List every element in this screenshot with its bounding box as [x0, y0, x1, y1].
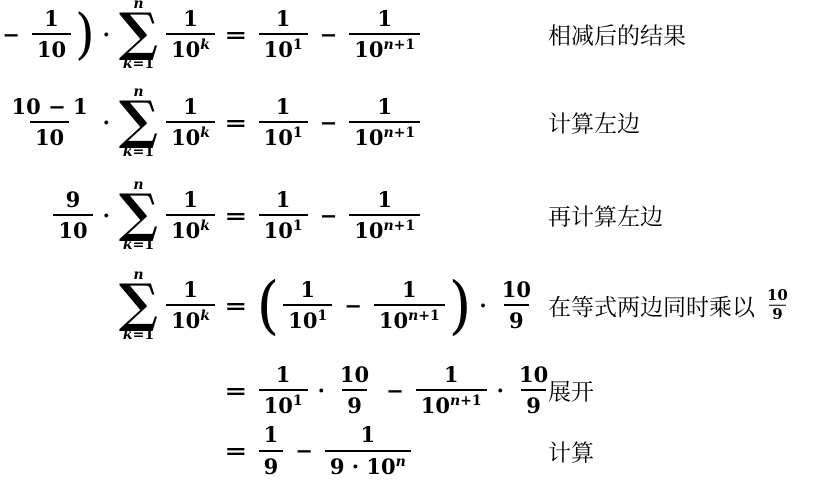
- dot-operator: ·: [103, 22, 110, 47]
- equals-sign: =: [224, 438, 247, 463]
- equation-rhs: ( 1 101 − 1 10n+1 ) · 10 9: [256, 278, 539, 332]
- equation-line-3: 9 10 · n ∑ k=1 1 10k = 1 101 − 1 10n+1 再…: [0, 174, 833, 256]
- fraction-1-over-9: 1 9: [259, 423, 284, 477]
- denominator: 101: [259, 214, 308, 242]
- numerator: 1: [372, 7, 397, 33]
- numerator: 1: [39, 7, 64, 33]
- fraction-1-over-10k: 1 10k: [166, 7, 215, 61]
- exponent-n: n: [396, 454, 406, 470]
- annotation-text: 再计算左边: [548, 199, 663, 232]
- exponent-k: k: [200, 308, 210, 324]
- equals-sign: =: [224, 110, 247, 135]
- fraction-1-over-10^1: 1 101: [259, 95, 308, 149]
- equation-rhs: 1 101 − 1 10n+1: [256, 7, 424, 61]
- equation-line-2: 10 − 1 10 · n ∑ k=1 1 10k = 1 101 − 1 10…: [0, 81, 833, 163]
- sum-lower-limit: k=1: [123, 145, 154, 159]
- exponent-k: k: [200, 218, 210, 234]
- equation-line-1: ( 1 − 1 10 ) · n ∑ k=1 1 10k = 1 101 − 1…: [0, 0, 833, 76]
- exponent-n-plus-1: n+1: [383, 125, 415, 141]
- numerator: 10: [764, 288, 791, 305]
- fraction-1-over-10^n+1: 1 10n+1: [416, 363, 487, 417]
- close-paren: ): [75, 10, 95, 59]
- exponent-n-plus-1: n+1: [408, 308, 440, 324]
- equation-line-5: = 1 101 · 10 9 − 1 10n+1 · 10 9 展开: [0, 360, 833, 420]
- annotation-fraction-10-over-9: 10 9: [764, 288, 791, 323]
- numerator: 9: [61, 188, 86, 214]
- denominator: 9: [342, 389, 367, 417]
- numerator: 1: [178, 278, 203, 304]
- numerator: 1: [397, 278, 422, 304]
- sigma-icon: ∑: [119, 100, 158, 142]
- sigma-icon: ∑: [119, 193, 158, 235]
- annotation-text: 在等式两边同时乘以: [548, 289, 755, 322]
- annotation-6: 计算: [548, 434, 594, 467]
- numerator: 10 − 1: [7, 95, 93, 121]
- fraction-1-over-10: 1 10: [32, 7, 71, 61]
- minus-operator: −: [320, 203, 338, 228]
- fraction-1-over-10^n+1: 1 10n+1: [374, 278, 445, 332]
- dot-operator: ·: [103, 203, 110, 228]
- annotation-1: 相减后的结果: [548, 18, 686, 51]
- denominator: 101: [259, 389, 308, 417]
- fraction-1-over-10k: 1 10k: [166, 188, 215, 242]
- denominator: 10: [32, 33, 71, 61]
- sum-lower-limit: k=1: [123, 57, 154, 71]
- equation-line-4: n ∑ k=1 1 10k = ( 1 101 − 1 10n+1 ) · 10…: [0, 264, 833, 346]
- equation-rhs: 1 101 − 1 10n+1: [256, 95, 424, 149]
- numerator: 1: [271, 363, 296, 389]
- fraction-10-over-9: 10 9: [335, 363, 374, 417]
- equals-sign: =: [224, 378, 247, 403]
- denominator: 10k: [166, 304, 215, 332]
- equation-rhs: 1 101 · 10 9 − 1 10n+1 · 10 9: [256, 363, 557, 417]
- numerator: 1: [372, 95, 397, 121]
- fraction-10-over-9: 10 9: [497, 278, 536, 332]
- numerator: 1: [295, 278, 320, 304]
- denominator: 10n+1: [349, 33, 420, 61]
- annotation-text: 计算左边: [548, 106, 640, 139]
- exponent-1: 1: [293, 37, 303, 53]
- fraction-1-over-10^n+1: 1 10n+1: [349, 95, 420, 149]
- dot-operator: ·: [497, 378, 504, 403]
- exponent-1: 1: [293, 125, 303, 141]
- sum-lower-limit: k=1: [123, 238, 154, 252]
- minus-operator: −: [2, 22, 20, 47]
- dot-operator: ·: [479, 293, 486, 318]
- equation-lhs: 9 10 · n ∑ k=1 1 10k: [0, 178, 218, 252]
- annotation-3: 再计算左边: [548, 199, 663, 232]
- fraction-1-over-10^1: 1 101: [259, 7, 308, 61]
- numerator: 1: [372, 188, 397, 214]
- numerator: 1: [439, 363, 464, 389]
- exponent-k: k: [200, 125, 210, 141]
- fraction-1-over-10^n+1: 1 10n+1: [349, 188, 420, 242]
- denominator: 9: [769, 305, 785, 323]
- annotation-text: 展开: [548, 374, 594, 407]
- fraction-1-over-10k: 1 10k: [166, 95, 215, 149]
- denominator: 10k: [166, 121, 215, 149]
- fraction-1-over-10^1: 1 101: [259, 188, 308, 242]
- denominator: 10k: [166, 214, 215, 242]
- dot-operator: ·: [318, 378, 325, 403]
- numerator: 1: [178, 188, 203, 214]
- annotation-text: 计算: [548, 434, 594, 467]
- fraction-1-over-9x10^n: 1 9 · 10n: [325, 423, 411, 477]
- numerator: 1: [178, 95, 203, 121]
- denominator: 10: [53, 214, 92, 242]
- sum-lower-limit: k=1: [123, 328, 154, 342]
- equation-lhs: n ∑ k=1 1 10k: [0, 268, 218, 342]
- denominator: 10n+1: [374, 304, 445, 332]
- denominator: 10: [30, 121, 69, 149]
- exponent-1: 1: [317, 308, 327, 324]
- equation-rhs: 1 9 − 1 9 · 10n: [256, 423, 414, 477]
- sigma-icon: ∑: [119, 12, 158, 54]
- numerator: 1: [259, 423, 284, 449]
- dot-operator: ·: [103, 110, 110, 135]
- fraction-10-1-over-10: 10 − 1 10: [7, 95, 93, 149]
- close-paren: ): [449, 277, 472, 333]
- fraction-1-over-10^1: 1 101: [283, 278, 332, 332]
- numerator: 1: [178, 7, 203, 33]
- denominator: 101: [259, 121, 308, 149]
- summation: n ∑ k=1: [119, 268, 158, 342]
- annotation-4: 在等式两边同时乘以 10 9: [548, 288, 791, 323]
- exponent-1: 1: [293, 218, 303, 234]
- annotation-2: 计算左边: [548, 106, 640, 139]
- numerator: 1: [356, 423, 381, 449]
- denominator: 101: [259, 33, 308, 61]
- fraction-1-over-10^n+1: 1 10n+1: [349, 7, 420, 61]
- minus-operator: −: [344, 293, 362, 318]
- fraction-1-over-10^1: 1 101: [259, 363, 308, 417]
- denominator: 101: [283, 304, 332, 332]
- fraction-9-over-10: 9 10: [53, 188, 92, 242]
- denominator: 10n+1: [416, 389, 487, 417]
- summation: n ∑ k=1: [119, 178, 158, 252]
- exponent-1: 1: [293, 393, 303, 409]
- exponent-n-plus-1: n+1: [383, 218, 415, 234]
- summation: n ∑ k=1: [119, 0, 158, 71]
- denominator: 10n+1: [349, 214, 420, 242]
- minus-operator: −: [295, 438, 313, 463]
- summation: n ∑ k=1: [119, 85, 158, 159]
- minus-operator: −: [320, 22, 338, 47]
- exponent-n-plus-1: n+1: [450, 393, 482, 409]
- denominator: 10n+1: [349, 121, 420, 149]
- numerator: 1: [271, 188, 296, 214]
- equation-lhs: 10 − 1 10 · n ∑ k=1 1 10k: [0, 85, 218, 159]
- equals-sign: =: [224, 22, 247, 47]
- exponent-k: k: [200, 37, 210, 53]
- denominator: 9: [259, 450, 284, 478]
- minus-operator: −: [320, 110, 338, 135]
- equals-sign: =: [224, 293, 247, 318]
- numerator: 1: [271, 95, 296, 121]
- exponent-n-plus-1: n+1: [383, 37, 415, 53]
- numerator: 10: [497, 278, 536, 304]
- fraction-1-over-10k: 1 10k: [166, 278, 215, 332]
- open-paren: (: [257, 277, 280, 333]
- denominator: 10k: [166, 33, 215, 61]
- equals-sign: =: [224, 203, 247, 228]
- denominator: 9 · 10n: [325, 450, 411, 478]
- equation-line-6: = 1 9 − 1 9 · 10n 计算: [0, 423, 833, 478]
- annotation-text: 相减后的结果: [548, 18, 686, 51]
- equation-rhs: 1 101 − 1 10n+1: [256, 188, 424, 242]
- equation-lhs: ( 1 − 1 10 ) · n ∑ k=1 1 10k: [0, 0, 218, 71]
- sigma-icon: ∑: [119, 283, 158, 325]
- minus-operator: −: [386, 378, 404, 403]
- denominator: 9: [521, 389, 546, 417]
- denominator: 9: [504, 304, 529, 332]
- annotation-5: 展开: [548, 374, 594, 407]
- numerator: 10: [335, 363, 374, 389]
- numerator: 1: [271, 7, 296, 33]
